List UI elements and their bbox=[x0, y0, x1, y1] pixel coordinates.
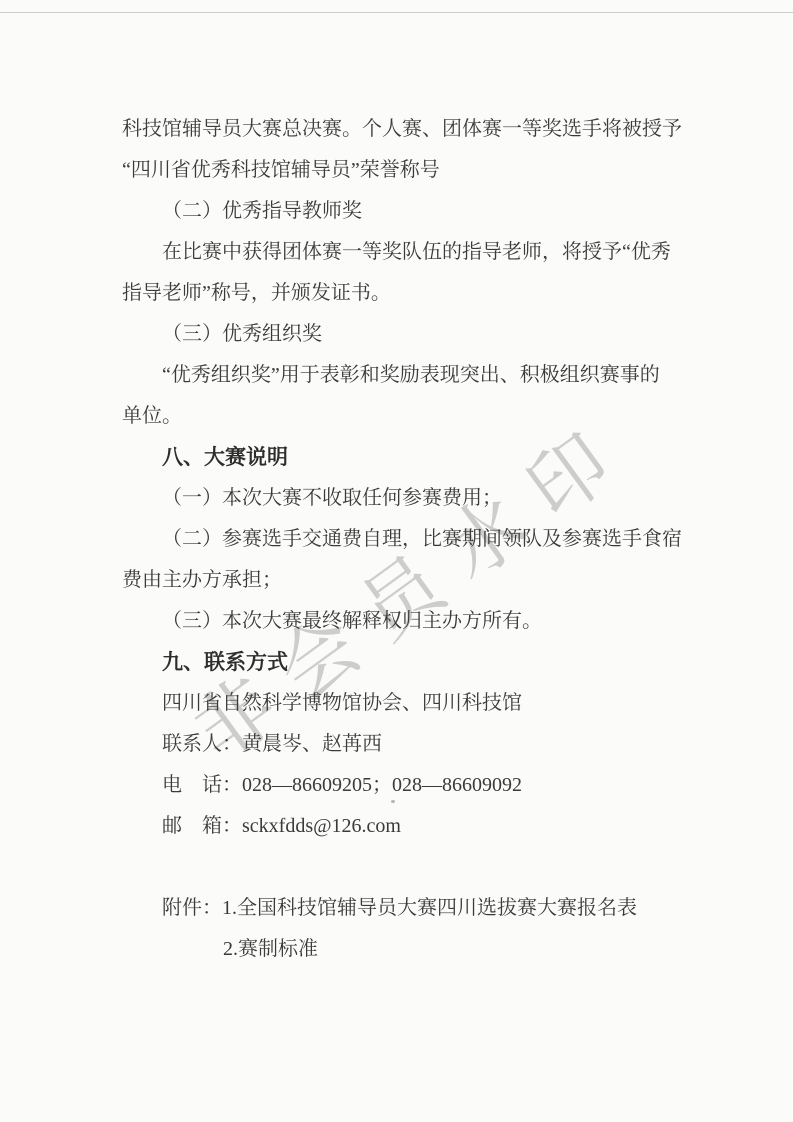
item-no-fees: （一）本次大赛不收取任何参赛费用； bbox=[122, 478, 682, 519]
attachment-item-1: 附件：1.全国科技馆辅导员大赛四川选拔赛大赛报名表 bbox=[122, 888, 682, 929]
attachment-item-2: 2.赛制标准 bbox=[122, 929, 682, 970]
para-finals-line1: 科技馆辅导员大赛总决赛。个人赛、团体赛一等奖选手将被授予 bbox=[122, 109, 682, 150]
document-page: 非会员水印 科技馆辅导员大赛总决赛。个人赛、团体赛一等奖选手将被授予 “四川省优… bbox=[0, 0, 793, 1122]
para-instructor-line2: 指导老师”称号，并颁发证书。 bbox=[122, 273, 682, 314]
contact-phone: 电 话：028—86609205；028—86609092 bbox=[122, 765, 682, 806]
para-organization-line2: 单位。 bbox=[122, 396, 682, 437]
subhead-organization-award: （三）优秀组织奖 bbox=[122, 314, 682, 355]
scan-speck-dot bbox=[391, 800, 395, 803]
para-organization-line1: “优秀组织奖”用于表彰和奖励表现突出、积极组织赛事的 bbox=[122, 355, 682, 396]
document-body: 科技馆辅导员大赛总决赛。个人赛、团体赛一等奖选手将被授予 “四川省优秀科技馆辅导… bbox=[122, 0, 682, 970]
para-instructor-line1: 在比赛中获得团体赛一等奖队伍的指导老师，将授予“优秀 bbox=[122, 232, 682, 273]
contact-organizations: 四川省自然科学博物馆协会、四川科技馆 bbox=[122, 683, 682, 724]
heading-competition-notes: 八、大赛说明 bbox=[122, 437, 682, 478]
item-travel-expenses-line1: （二）参赛选手交通费自理，比赛期间领队及参赛选手食宿 bbox=[122, 519, 682, 560]
para-finals-line2: “四川省优秀科技馆辅导员”荣誉称号 bbox=[122, 150, 682, 191]
subhead-instructor-award: （二）优秀指导教师奖 bbox=[122, 191, 682, 232]
item-final-interpretation: （三）本次大赛最终解释权归主办方所有。 bbox=[122, 601, 682, 642]
contact-person: 联系人：黄晨岑、赵苒西 bbox=[122, 724, 682, 765]
heading-contact-info: 九、联系方式 bbox=[122, 642, 682, 683]
item-travel-expenses-line2: 费由主办方承担； bbox=[122, 560, 682, 601]
contact-email: 邮 箱：sckxfdds@126.com bbox=[122, 806, 682, 847]
